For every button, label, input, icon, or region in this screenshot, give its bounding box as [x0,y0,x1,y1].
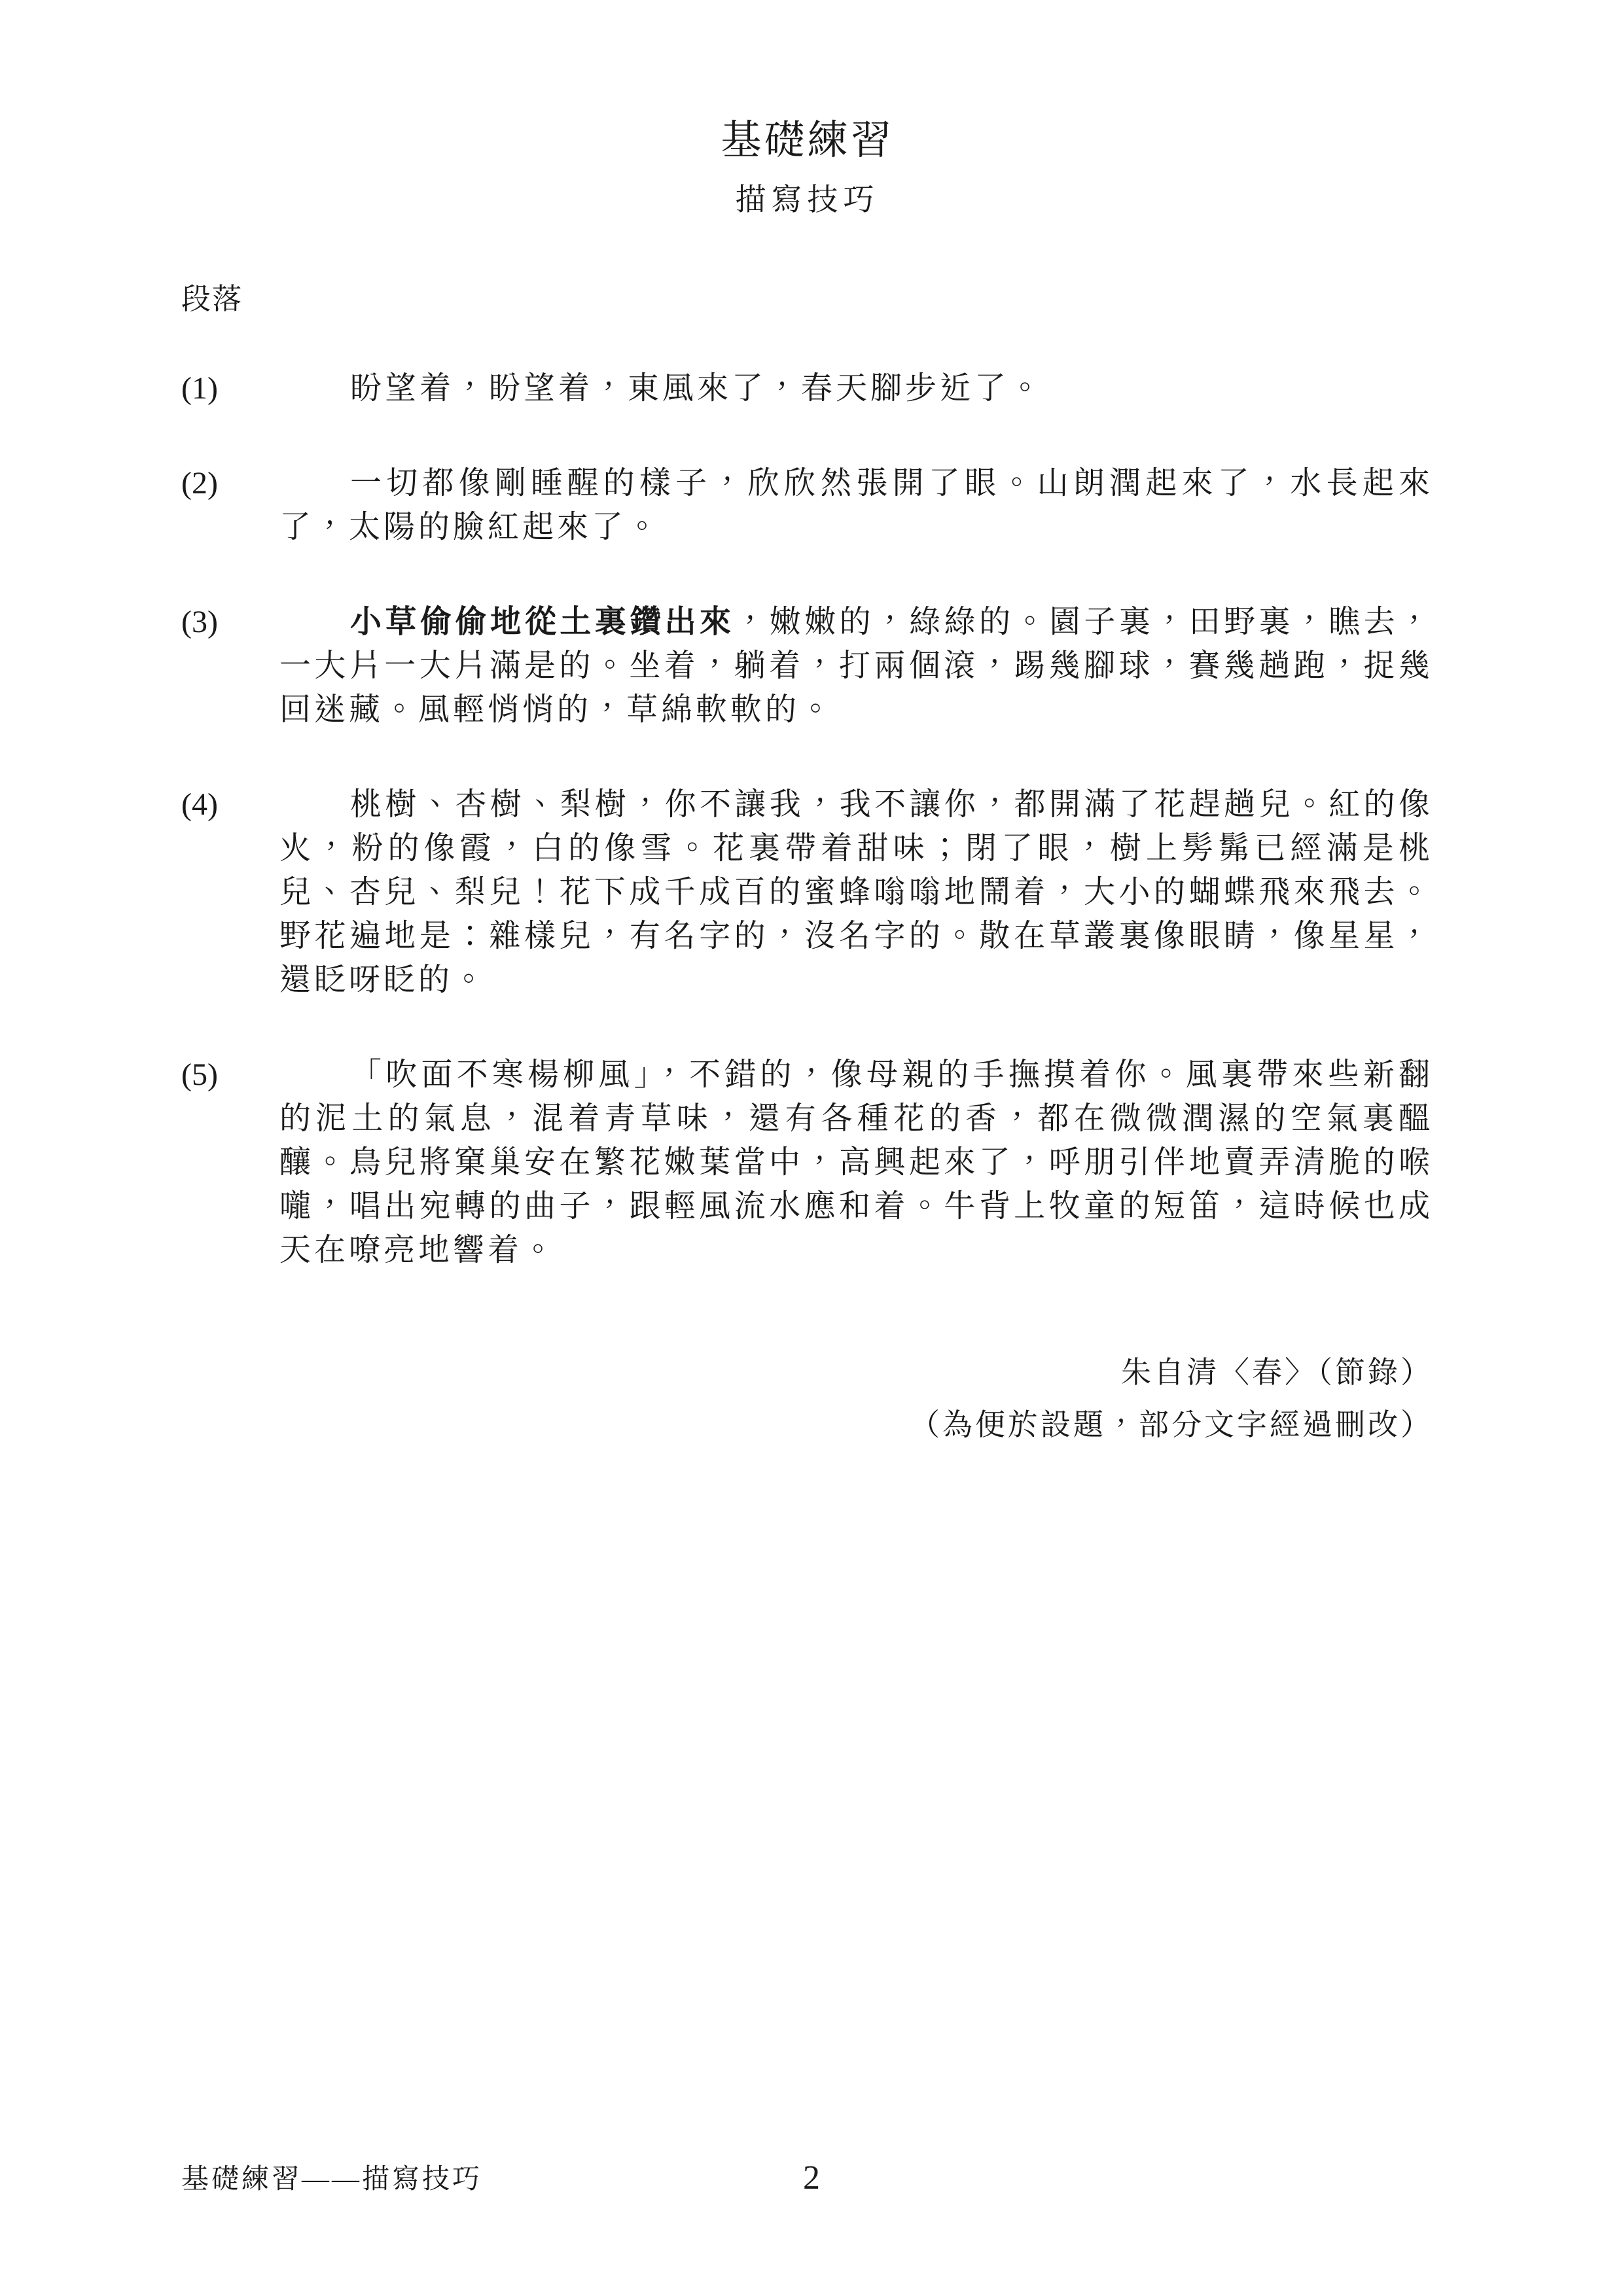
paragraph-text: 「吹面不寒楊柳風」，不錯的，像母親的手撫摸着你。風裏帶來些新翻的泥土的氣息，混着… [279,1053,1433,1272]
paragraph-number: (3) [181,600,279,644]
paragraph-number: (2) [181,461,279,505]
page-title: 基礎練習 [181,118,1433,164]
footer-page-number: 2 [0,2159,1623,2197]
paragraph-text: 盼望着，盼望着，東風來了，春天腳步近了。 [279,366,1433,410]
paragraph-2: (2) 一切都像剛睡醒的樣子，欣欣然張開了眼。山朗潤起來了，水長起來了，太陽的臉… [181,461,1433,549]
paragraph-number: (4) [181,783,279,826]
paragraph-3: (3) 小草偷偷地從土裏鑽出來，嫩嫩的，綠綠的。園子裏，田野裏，瞧去，一大片一大… [181,600,1433,732]
page-subtitle: 描寫技巧 [181,182,1433,219]
attribution-note: （為便於設題，部分文字經過刪改） [181,1399,1433,1451]
attribution-source: 朱自清〈春〉（節錄） [181,1347,1433,1399]
section-heading: 段落 [181,281,1433,317]
paragraph-5: (5) 「吹面不寒楊柳風」，不錯的，像母親的手撫摸着你。風裏帶來些新翻的泥土的氣… [181,1053,1433,1272]
paragraph-text: 桃樹、杏樹、梨樹，你不讓我，我不讓你，都開滿了花趕趟兒。紅的像火，粉的像霞，白的… [279,783,1433,1002]
paragraph-text: 小草偷偷地從土裏鑽出來，嫩嫩的，綠綠的。園子裏，田野裏，瞧去，一大片一大片滿是的… [279,600,1433,732]
bold-lead-text: 小草偷偷地從土裏鑽出來 [350,605,734,639]
paragraph-4: (4) 桃樹、杏樹、梨樹，你不讓我，我不讓你，都開滿了花趕趟兒。紅的像火，粉的像… [181,783,1433,1002]
attribution-block: 朱自清〈春〉（節錄） （為便於設題，部分文字經過刪改） [181,1347,1433,1451]
paragraph-1: (1) 盼望着，盼望着，東風來了，春天腳步近了。 [181,366,1433,410]
paragraph-number: (1) [181,366,279,410]
paragraph-text: 一切都像剛睡醒的樣子，欣欣然張開了眼。山朗潤起來了，水長起來了，太陽的臉紅起來了… [279,461,1433,549]
worksheet-page: { "colors": { "text": "#1a1a1a", "backgr… [0,0,1623,2296]
paragraph-number: (5) [181,1053,279,1097]
page-content: 基礎練習 描寫技巧 段落 (1) 盼望着，盼望着，東風來了，春天腳步近了。 (2… [0,118,1623,1451]
